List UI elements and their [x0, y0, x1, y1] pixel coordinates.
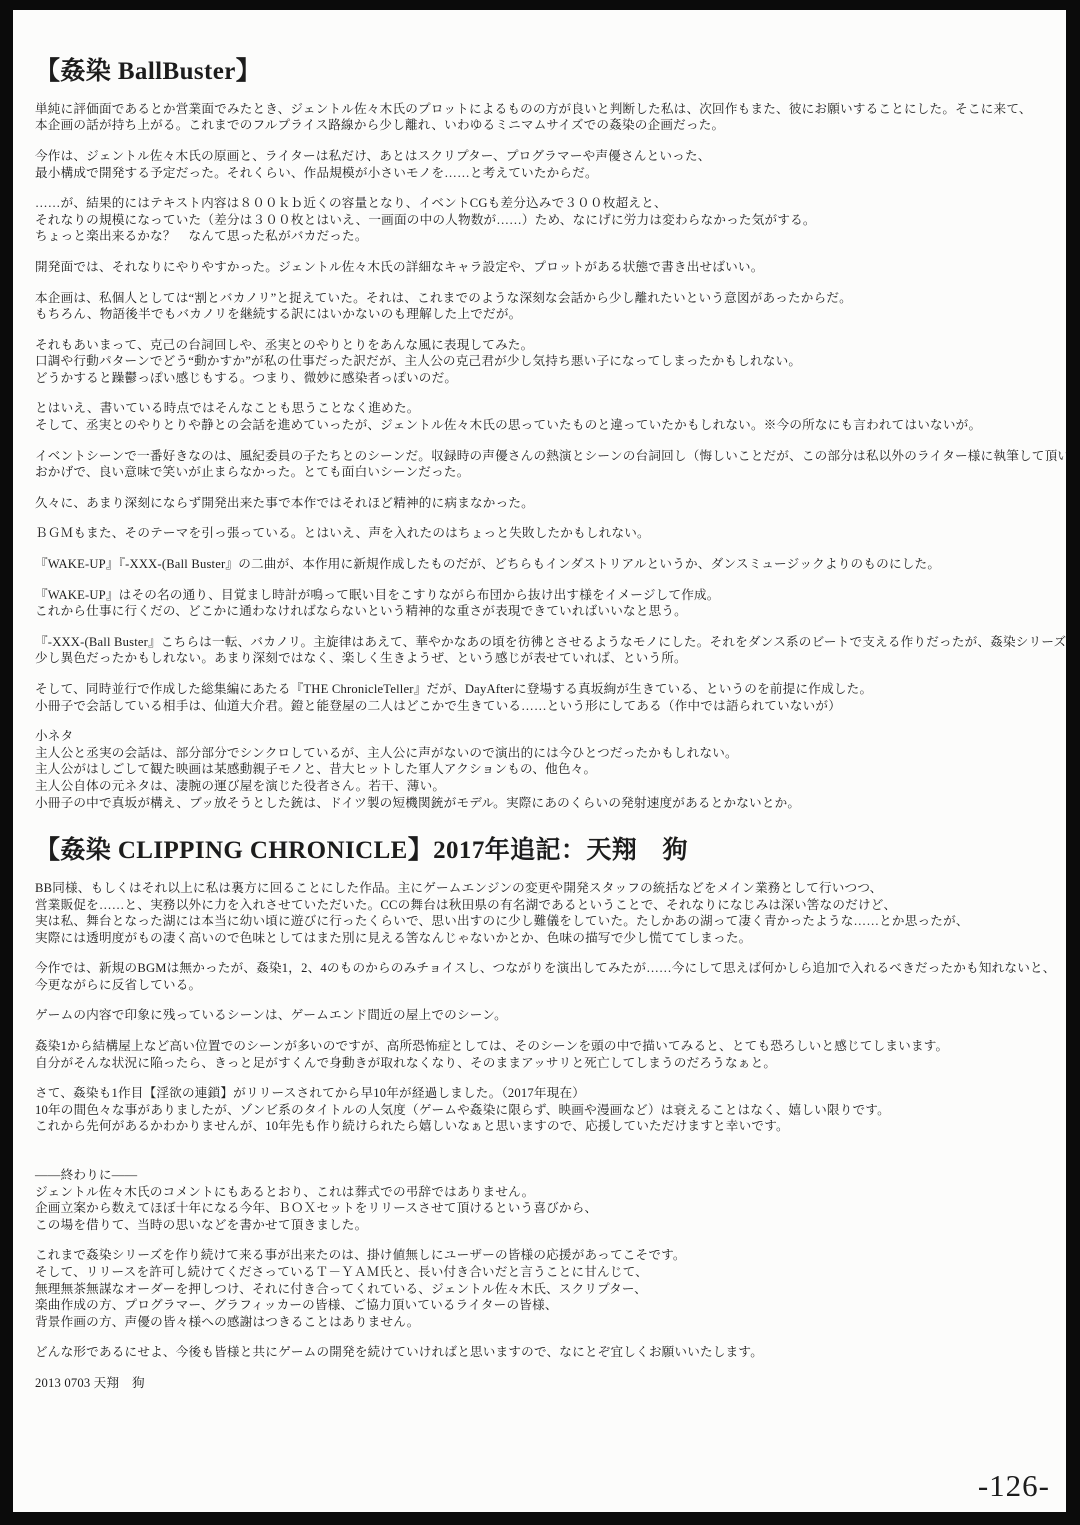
- text-line: 今更ながらに反省している。: [35, 977, 1040, 994]
- paragraph: 久々に、あまり深刻にならず開発出来た事で本作ではそれほど精神的に病まなかった。: [35, 495, 1040, 512]
- paragraph: どんな形であるにせよ、今後も皆様と共にゲームの開発を続けていければと思いますので…: [35, 1344, 1040, 1361]
- paragraph: それもあいまって、克己の台詞回しや、丞実とのやりとりをあんな風に表現してみた。口…: [35, 337, 1040, 387]
- section-heading: 【姦染 CLIPPING CHRONICLE】2017年追記：天翔 狗: [35, 837, 1040, 866]
- text-line: 企画立案から数えてほぼ十年になる今年、ＢＯＸセットをリリースさせて頂けるという喜…: [35, 1200, 1040, 1217]
- text-line: これまで姦染シリーズを作り続けて来る事が出来たのは、掛け値無しにユーザーの皆様の…: [35, 1247, 1040, 1264]
- text-line: 主人公がはしごして観た映画は某感動親子モノと、昔大ヒットした軍人アクションもの、…: [35, 761, 1040, 778]
- text-line: 少し異色だったかもしれない。あまり深刻ではなく、楽しく生きようぜ、という感じが表…: [35, 650, 1040, 667]
- text-line: ゲームの内容で印象に残っているシーンは、ゲームエンド間近の屋上でのシーン。: [35, 1007, 1040, 1024]
- text-line: それなりの規模になっていた（差分は３００枚とはいえ、一画面の中の人物数が……）た…: [35, 212, 1040, 229]
- text-line: 主人公自体の元ネタは、凄腕の運び屋を演じた役者さん。若干、薄い。: [35, 778, 1040, 795]
- page-content: 【姦染 BallBuster】単純に評価面であるとか営業面でみたとき、ジェントル…: [13, 10, 1066, 1392]
- paragraph: ――終わりに――ジェントル佐々木氏のコメントにもあるとおり、これは葬式での弔辞で…: [35, 1167, 1040, 1233]
- paragraph: 2013 0703 天翔 狗: [35, 1375, 1040, 1392]
- text-line: BB同様、もしくはそれ以上に私は裏方に回ることにした作品。主にゲームエンジンの変…: [35, 880, 1040, 897]
- text-line: とはいえ、書いている時点ではそんなことも思うことなく進めた。: [35, 400, 1040, 417]
- paragraph: 『WAKE-UP』『-XXX-(Ball Buster』の二曲が、本作用に新規作…: [35, 556, 1040, 573]
- text-line: 小ネタ: [35, 728, 1040, 745]
- text-line: 単純に評価面であるとか営業面でみたとき、ジェントル佐々木氏のプロットによるものの…: [35, 101, 1040, 118]
- text-line: 『-XXX-(Ball Buster』こちらは一転、バカノリ。主旋律はあえて、華…: [35, 634, 1040, 651]
- text-line: この場を借りて、当時の思いなどを書かせて頂きました。: [35, 1217, 1040, 1234]
- text-line: 口調や行動パターンでどう“動かすか”が私の仕事だった訳だが、主人公の克己君が少し…: [35, 353, 1040, 370]
- paragraph: イベントシーンで一番好きなのは、風紀委員の子たちとのシーンだ。収録時の声優さんの…: [35, 448, 1040, 481]
- text-line: もちろん、物語後半でもバカノリを継続する訳にはいかないのも理解した上でだが。: [35, 306, 1040, 323]
- paragraph: ＢＧＭもまた、そのテーマを引っ張っている。とはいえ、声を入れたのはちょっと失敗し…: [35, 525, 1040, 542]
- paragraph: 小ネタ主人公と丞実の会話は、部分部分でシンクロしているが、主人公に声がないので演…: [35, 728, 1040, 811]
- text-line: 楽曲作成の方、プログラマー、グラフィッカーの皆様、ご協力頂いているライターの皆様…: [35, 1297, 1040, 1314]
- text-line: 開発面では、それなりにやりやすかった。ジェントル佐々木氏の詳細なキャラ設定や、プ…: [35, 259, 1040, 276]
- text-line: 今作では、新規のBGMは無かったが、姦染1，2、4のものからのみチョイスし、つな…: [35, 960, 1040, 977]
- paragraph: 単純に評価面であるとか営業面でみたとき、ジェントル佐々木氏のプロットによるものの…: [35, 101, 1040, 134]
- text-line: どうかすると躁鬱っぽい感じもする。つまり、微妙に感染者っぽいのだ。: [35, 370, 1040, 387]
- text-line: 今作は、ジェントル佐々木氏の原画と、ライターは私だけ、あとはスクリプター、プログ…: [35, 148, 1040, 165]
- text-line: 小冊子で会話している相手は、仙道大介君。鐙と能登屋の二人はどこかで生きている………: [35, 698, 1040, 715]
- text-line: ……が、結果的にはテキスト内容は８００ｋｂ近くの容量となり、イベントCGも差分込…: [35, 195, 1040, 212]
- paragraph: これまで姦染シリーズを作り続けて来る事が出来たのは、掛け値無しにユーザーの皆様の…: [35, 1247, 1040, 1330]
- paragraph: そして、同時並行で作成した総集編にあたる『THE ChronicleTeller…: [35, 681, 1040, 714]
- text-line: 小冊子の中で真坂が構え、ブッ放そうとした銃は、ドイツ製の短機関銃がモデル。実際に…: [35, 795, 1040, 812]
- text-line: ＢＧＭもまた、そのテーマを引っ張っている。とはいえ、声を入れたのはちょっと失敗し…: [35, 525, 1040, 542]
- text-line: 『WAKE-UP』『-XXX-(Ball Buster』の二曲が、本作用に新規作…: [35, 556, 1040, 573]
- text-line: 本企画の話が持ち上がる。これまでのフルプライス路線から少し離れ、いわゆるミニマム…: [35, 117, 1040, 134]
- paragraph: ……が、結果的にはテキスト内容は８００ｋｂ近くの容量となり、イベントCGも差分込…: [35, 195, 1040, 245]
- text-line: ――終わりに――: [35, 1167, 1040, 1184]
- text-line: 実際には透明度がもの凄く高いので色味としてはまた別に見える筈なんじゃないかとか、…: [35, 930, 1040, 947]
- text-line: そして、同時並行で作成した総集編にあたる『THE ChronicleTeller…: [35, 681, 1040, 698]
- text-line: これから先何があるかわかりませんが、10年先も作り続けられたら嬉しいなぁと思いま…: [35, 1118, 1040, 1135]
- text-line: 主人公と丞実の会話は、部分部分でシンクロしているが、主人公に声がないので演出的に…: [35, 745, 1040, 762]
- paragraph: さて、姦染も1作目【淫欲の連鎖】がリリースされてから早10年が経過しました。（2…: [35, 1085, 1040, 1135]
- text-line: 営業販促を……と、実務以外に力を入れさせていただいた。CCの舞台は秋田県の有名湖…: [35, 897, 1040, 914]
- text-line: 『WAKE-UP』はその名の通り、目覚まし時計が鳴って眠い目をこすりながら布団か…: [35, 587, 1040, 604]
- text-line: 姦染1から結構屋上など高い位置でのシーンが多いのですが、高所恐怖症としては、その…: [35, 1038, 1040, 1055]
- text-line: そして、リリースを許可し続けてくださっているＴ－ＹＡＭ氏と、長い付き合いだと言う…: [35, 1264, 1040, 1281]
- text-line: さて、姦染も1作目【淫欲の連鎖】がリリースされてから早10年が経過しました。（2…: [35, 1085, 1040, 1102]
- paragraph: 本企画は、私個人としては“割とバカノリ”と捉えていた。それは、これまでのような深…: [35, 290, 1040, 323]
- paragraph: 『WAKE-UP』はその名の通り、目覚まし時計が鳴って眠い目をこすりながら布団か…: [35, 587, 1040, 620]
- text-line: 10年の間色々な事がありましたが、ゾンビ系のタイトルの人気度（ゲームや姦染に限ら…: [35, 1102, 1040, 1119]
- text-line: 実は私、舞台となった湖には本当に幼い頃に遊びに行ったくらいで、思い出すのに少し難…: [35, 913, 1040, 930]
- text-line: 無理無茶無謀なオーダーを押しつけ、それに付き合ってくれている、ジェントル佐々木氏…: [35, 1281, 1040, 1298]
- scanned-page-frame: 【姦染 BallBuster】単純に評価面であるとか営業面でみたとき、ジェントル…: [0, 0, 1080, 1525]
- text-line: どんな形であるにせよ、今後も皆様と共にゲームの開発を続けていければと思いますので…: [35, 1344, 1040, 1361]
- text-line: 本企画は、私個人としては“割とバカノリ”と捉えていた。それは、これまでのような深…: [35, 290, 1040, 307]
- text-line: イベントシーンで一番好きなのは、風紀委員の子たちとのシーンだ。収録時の声優さんの…: [35, 448, 1040, 465]
- page-number: -126-: [978, 1468, 1050, 1504]
- text-line: 背景作画の方、声優の皆々様への感謝はつきることはありません。: [35, 1314, 1040, 1331]
- text-line: 最小構成で開発する予定だった。それくらい、作品規模が小さいモノを……と考えていた…: [35, 165, 1040, 182]
- text-line: おかげで、良い意味で笑いが止まらなかった。とても面白いシーンだった。: [35, 464, 1040, 481]
- text-line: ジェントル佐々木氏のコメントにもあるとおり、これは葬式での弔辞ではありません。: [35, 1184, 1040, 1201]
- paragraph: 開発面では、それなりにやりやすかった。ジェントル佐々木氏の詳細なキャラ設定や、プ…: [35, 259, 1040, 276]
- text-line: それもあいまって、克己の台詞回しや、丞実とのやりとりをあんな風に表現してみた。: [35, 337, 1040, 354]
- paragraph: 『-XXX-(Ball Buster』こちらは一転、バカノリ。主旋律はあえて、華…: [35, 634, 1040, 667]
- paragraph: 今作は、ジェントル佐々木氏の原画と、ライターは私だけ、あとはスクリプター、プログ…: [35, 148, 1040, 181]
- text-line: 自分がそんな状況に陥ったら、きっと足がすくんで身動きが取れなくなり、そのままアッ…: [35, 1055, 1040, 1072]
- paragraph: ゲームの内容で印象に残っているシーンは、ゲームエンド間近の屋上でのシーン。: [35, 1007, 1040, 1024]
- text-line: これから仕事に行くだの、どこかに通わなければならないという精神的な重さが表現でき…: [35, 603, 1040, 620]
- text-line: そして、丞実とのやりとりや静との会話を進めていったが、ジェントル佐々木氏の思って…: [35, 417, 1040, 434]
- text-line: 久々に、あまり深刻にならず開発出来た事で本作ではそれほど精神的に病まなかった。: [35, 495, 1040, 512]
- paragraph: 今作では、新規のBGMは無かったが、姦染1，2、4のものからのみチョイスし、つな…: [35, 960, 1040, 993]
- paragraph: BB同様、もしくはそれ以上に私は裏方に回ることにした作品。主にゲームエンジンの変…: [35, 880, 1040, 946]
- paragraph: とはいえ、書いている時点ではそんなことも思うことなく進めた。そして、丞実とのやり…: [35, 400, 1040, 433]
- text-line: ちょっと楽出来るかな？ なんて思った私がバカだった。: [35, 228, 1040, 245]
- text-line: 2013 0703 天翔 狗: [35, 1375, 1040, 1392]
- paragraph: 姦染1から結構屋上など高い位置でのシーンが多いのですが、高所恐怖症としては、その…: [35, 1038, 1040, 1071]
- section-heading: 【姦染 BallBuster】: [35, 58, 1040, 87]
- document-page: 【姦染 BallBuster】単純に評価面であるとか営業面でみたとき、ジェントル…: [13, 10, 1066, 1512]
